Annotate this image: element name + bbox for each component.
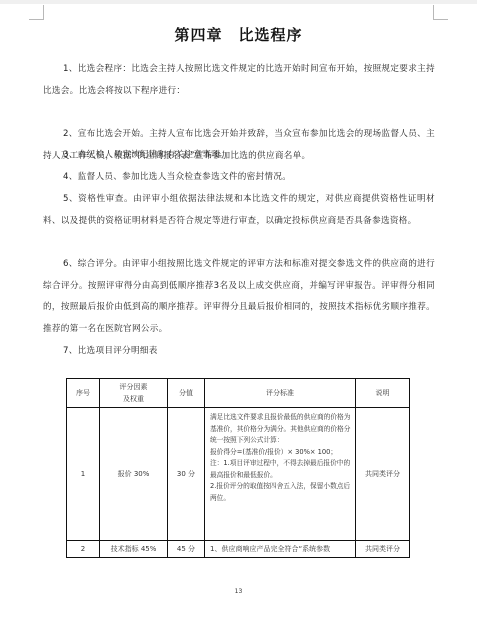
paragraph-7: 7、比选项目评分明细表: [43, 341, 435, 363]
table-header-row: 序号 评分因素 及权重 分值 评分标准 说明: [67, 379, 410, 408]
paragraph-4: 4、监督人员、参加比选人当众检查参选文件的密封情况。: [43, 167, 435, 189]
header-note: 说明: [356, 379, 410, 408]
paragraph-5: 5、资格性审查。由评审小组依据法律法规和本比选文件的规定，对供应商提供资格性证明…: [43, 189, 435, 232]
paragraph-3: 3、由纪检人员宣读纪律和有关注意事项。: [43, 145, 435, 167]
viewer-top-edge: [0, 0, 477, 4]
criteria-line: 2.报价评分的取值按四舍五入法，保留小数点后两位。: [210, 481, 351, 504]
margin-corner-mark-top-left: [29, 5, 44, 20]
cell-score: 30 分: [168, 408, 205, 541]
cell-criteria: 满足比选文件要求且报价最低的供应商的价格为基准价，其价格分为满分。其他供应商的价…: [205, 408, 356, 541]
page-number: 13: [230, 588, 247, 595]
table-row: 2 技术指标 45% 45 分 1、供应商响应产品完全符合“系统参数 共同类评分: [67, 541, 410, 558]
criteria-line: 注：1.项目评审过程中，不得去掉最后报价中的最高报价和最低报价。: [210, 458, 351, 481]
criteria-line: 满足比选文件要求且报价最低的供应商的价格为基准价，其价格分为满分。其他供应商的价…: [210, 412, 351, 447]
margin-corner-mark-top-right: [433, 5, 448, 20]
header-factor-line2: 及权重: [100, 393, 167, 405]
header-index: 序号: [67, 379, 100, 408]
paragraph-1: 1、比选会程序：比选会主持人按照比选文件规定的比选开始时间宣布开始，按照规定要求…: [43, 59, 435, 102]
cell-index: 1: [67, 408, 100, 541]
scoring-table: 序号 评分因素 及权重 分值 评分标准 说明 1 报价 30% 30 分 满足比…: [66, 378, 410, 558]
cell-factor: 报价 30%: [100, 408, 168, 541]
paragraph-6: 6、综合评分。由评审小组按照比选文件规定的评审方法和标准对提交参选文件的供应商的…: [43, 254, 435, 340]
chapter-title: 第四章 比选程序: [0, 24, 477, 45]
cell-criteria: 1、供应商响应产品完全符合“系统参数: [205, 541, 356, 558]
header-factor-line1: 评分因素: [100, 381, 167, 393]
cell-score: 45 分: [168, 541, 205, 558]
criteria-line: 报价得分=(基准价/报价）× 30%× 100；: [210, 447, 351, 459]
cell-index: 2: [67, 541, 100, 558]
cell-note: 共同类评分: [356, 541, 410, 558]
cell-note: 共同类评分: [356, 408, 410, 541]
header-score: 分值: [168, 379, 205, 408]
header-criteria: 评分标准: [205, 379, 356, 408]
table-row: 1 报价 30% 30 分 满足比选文件要求且报价最低的供应商的价格为基准价，其…: [67, 408, 410, 541]
header-factor: 评分因素 及权重: [100, 379, 168, 408]
cell-factor: 技术指标 45%: [100, 541, 168, 558]
